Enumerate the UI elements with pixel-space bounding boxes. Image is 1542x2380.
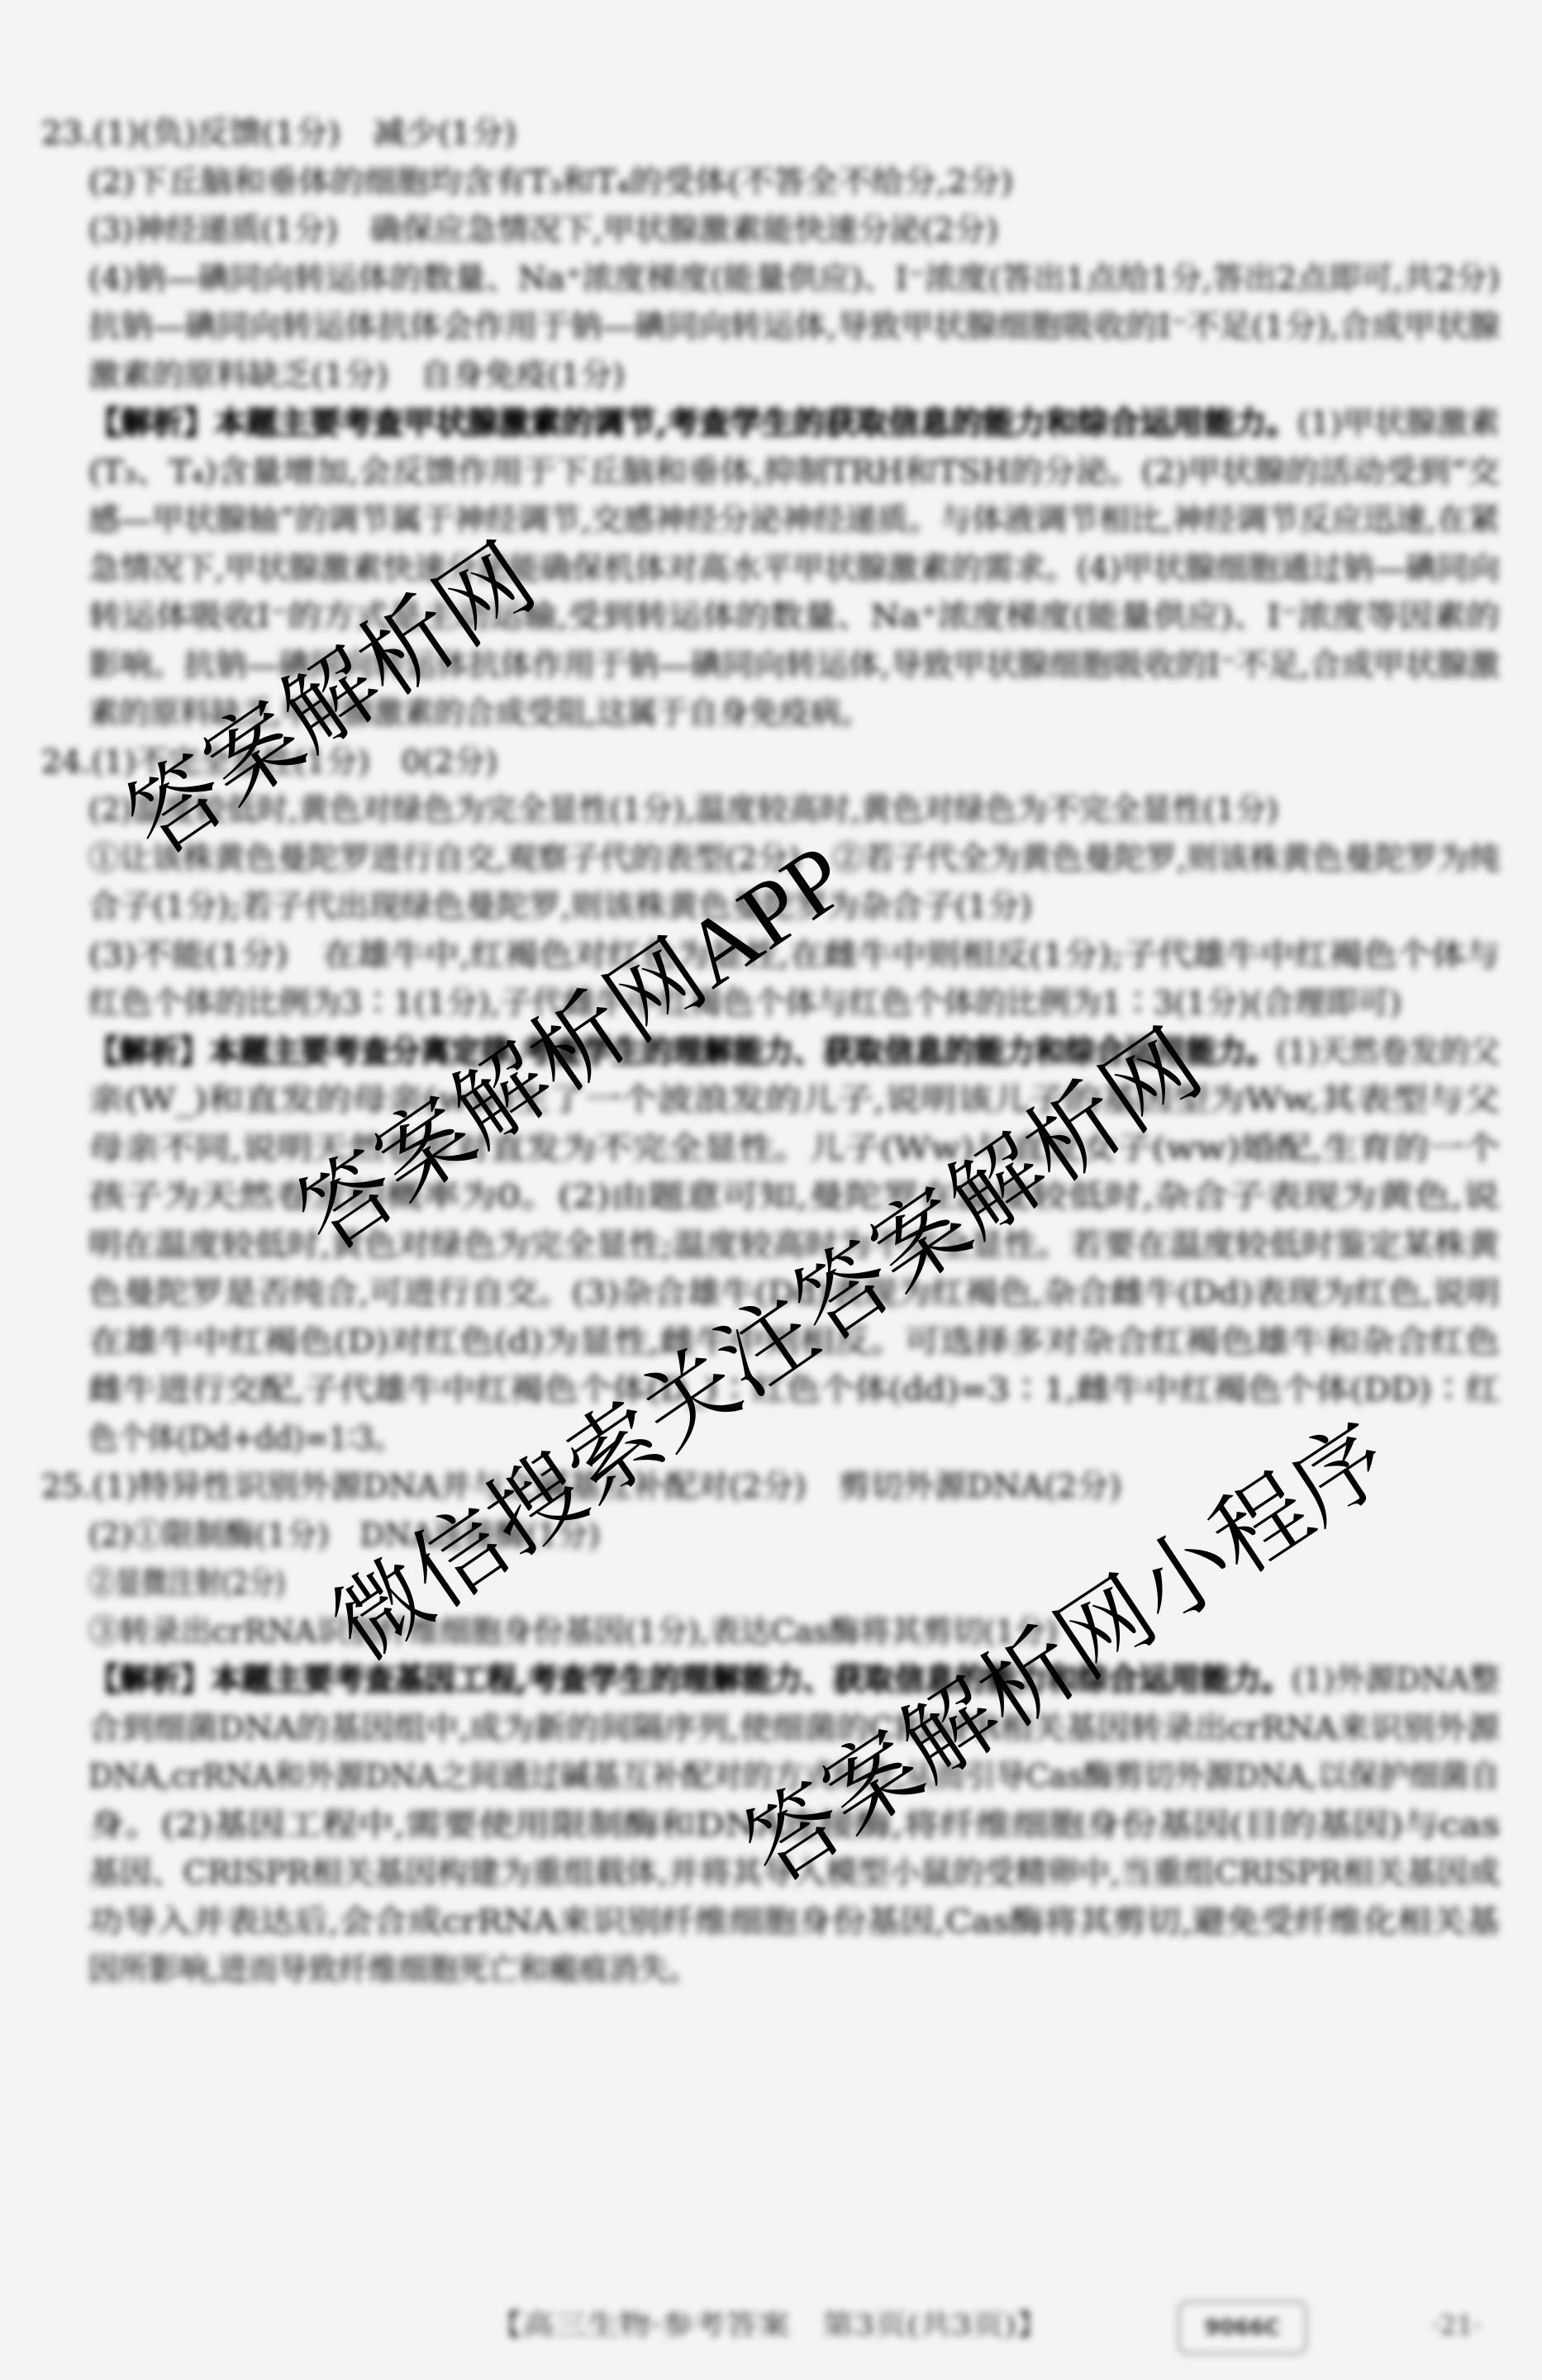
answer-text-line: ②显微注射(2分)	[88, 1559, 285, 1608]
analysis-line: 色个体(Dd+dd)=1∶3。	[88, 1414, 403, 1463]
analysis-text-line: (1)外源DNA整	[1292, 1661, 1500, 1698]
page-number: ·21·	[1417, 2302, 1496, 2349]
analysis-line: 急情况下,甲状腺激素快速分泌能确保机体对高水平甲状腺激素的需求。(4)甲状腺细胞…	[88, 544, 1500, 593]
analysis-text: 【解析】本题主要考查分离定律,考查学生的理解能力、获取信息的能力和综合运用能力。…	[88, 1028, 1500, 1076]
analysis-line: 合到细菌DNA的基因组中,成为新的间隔序列,使细菌的CRISPR相关基因转录出c…	[88, 1704, 1500, 1753]
document-page: 23.(1)(负)反馈(1分) 减少(1分) (2)下丘脑和垂体的细胞均含有T₃…	[0, 0, 1542, 2380]
answer-text-line: (4)钠—碘同向转运体的数量、Na⁺浓度梯度(能量供应)、I⁻浓度(答出1点给1…	[88, 254, 1500, 303]
analysis-text-line: 母亲不同,说明天然卷发对直发为不完全显性。儿子(Ww)与直发女子(ww)婚配,生…	[88, 1124, 1500, 1173]
answer-line: 抗钠—碘同向转运体抗体会作用于钠—碘同向转运体,导致甲状腺细胞吸收的I⁻不足(1…	[88, 302, 1500, 351]
analysis-text: 【解析】本题主要考查基因工程,考查学生的理解能力、获取信息的能力和综合运用能力。…	[88, 1656, 1500, 1704]
analysis-text-line: (1)甲状腺激素	[1297, 405, 1500, 441]
answer-text-line: ③转录出crRNA识别纤维细胞身份基因(1分),表达Cas酶将其剪切(1分)	[88, 1608, 1058, 1656]
analysis-line: 母亲不同,说明天然卷发对直发为不完全显性。儿子(Ww)与直发女子(ww)婚配,生…	[88, 1124, 1500, 1173]
answer-text: 23.(1)(负)反馈(1分) 减少(1分) (2)下丘脑和垂体的细胞均含有T₃…	[0, 109, 1542, 1994]
analysis-text-line: 亲(W_)和直发的母亲(ww)生了一个波浪发的儿子,说明该儿子的基因型为Ww,其…	[88, 1076, 1500, 1124]
answer-text-line: 抗钠—碘同向转运体抗体会作用于钠—碘同向转运体,导致甲状腺细胞吸收的I⁻不足(1…	[88, 302, 1500, 351]
answer-text-line: (3)神经递质(1分) 确保应急情况下,甲状腺激素能快速分泌(2分)	[88, 206, 998, 254]
footer-title: 【高三生物·参考答案 第3页(共3页)】	[490, 2302, 1049, 2349]
answer-text-line: 激素的原料缺乏(1分) 自身免疫(1分)	[88, 351, 625, 400]
analysis-line: 功导入并表达后,会合成crRNA来识别纤维细胞身份基因,Cas酶将其剪切,避免受…	[88, 1898, 1500, 1946]
analysis-text-line: (T₃、T₄)含量增加,会反馈作用于下丘脑和垂体,抑制TRH和TSH的分泌。(2…	[88, 448, 1500, 496]
answer-line: 23.(1)(负)反馈(1分) 减少(1分)	[41, 109, 516, 158]
analysis-line: 因所影响,进而导致纤维细胞死亡和瘢痕消失。	[88, 1945, 698, 1994]
answer-line: ②显微注射(2分)	[88, 1559, 285, 1608]
answer-text-line: 合子(1分);若子代出现绿色曼陀罗,则该株黄色曼陀罗为杂合子(1分)	[88, 882, 1032, 931]
analysis-text-line: 色个体(Dd+dd)=1∶3。	[88, 1414, 403, 1463]
question-23-heading: 23.(1)(负)反馈(1分) 减少(1分)	[41, 109, 516, 158]
analysis-line: 明在温度较低时,黄色对绿色为完全显性;温度较高时为不完全显性。若要在温度较低时鉴…	[88, 1221, 1500, 1270]
analysis-text-line: (1)天然卷发的父	[1276, 1033, 1500, 1070]
answer-line: (2)下丘脑和垂体的细胞均含有T₃和T₄的受体(不答全不给分,2分)	[88, 158, 1013, 207]
analysis-text: 【解析】本题主要考查甲状腺激素的调节,考查学生的获取信息的能力和综合运用能力。(…	[88, 399, 1500, 448]
analysis-line: (T₃、T₄)含量增加,会反馈作用于下丘脑和垂体,抑制TRH和TSH的分泌。(2…	[88, 448, 1500, 496]
analysis-line: 【解析】本题主要考查分离定律,考查学生的理解能力、获取信息的能力和综合运用能力。…	[88, 1028, 1500, 1076]
exam-code-text: 9066C	[1205, 2316, 1280, 2340]
analysis-text-line: 明在温度较低时,黄色对绿色为完全显性;温度较高时为不完全显性。若要在温度较低时鉴…	[88, 1221, 1500, 1270]
analysis-line: 感—甲状腺轴”的调节属于神经调节,交感神经分泌神经递质。与体液调节相比,神经调节…	[88, 496, 1500, 544]
answer-line: 合子(1分);若子代出现绿色曼陀罗,则该株黄色曼陀罗为杂合子(1分)	[88, 882, 1032, 931]
answer-line: (4)钠—碘同向转运体的数量、Na⁺浓度梯度(能量供应)、I⁻浓度(答出1点给1…	[88, 254, 1500, 303]
answer-text-line: (2)下丘脑和垂体的细胞均含有T₃和T₄的受体(不答全不给分,2分)	[88, 158, 1013, 207]
analysis-line: 【解析】本题主要考查甲状腺激素的调节,考查学生的获取信息的能力和综合运用能力。(…	[88, 399, 1500, 448]
blurred-document: 23.(1)(负)反馈(1分) 减少(1分) (2)下丘脑和垂体的细胞均含有T₃…	[0, 0, 1542, 2380]
analysis-text-line: 转运体吸收I⁻的方式是主动运输,受到转运体的数量、Na⁺浓度梯度(能量供应)、I…	[88, 592, 1500, 641]
analysis-label: 【解析】本题主要考查甲状腺激素的调节,考查学生的获取信息的能力和综合运用能力。	[88, 404, 1297, 441]
answer-line: ③转录出crRNA识别纤维细胞身份基因(1分),表达Cas酶将其剪切(1分)	[88, 1608, 1058, 1656]
analysis-line: 亲(W_)和直发的母亲(ww)生了一个波浪发的儿子,说明该儿子的基因型为Ww,其…	[88, 1076, 1500, 1124]
analysis-line: 【解析】本题主要考查基因工程,考查学生的理解能力、获取信息的能力和综合运用能力。…	[88, 1656, 1500, 1704]
analysis-text-line: 感—甲状腺轴”的调节属于神经调节,交感神经分泌神经递质。与体液调节相比,神经调节…	[88, 496, 1500, 544]
answer-line: 激素的原料缺乏(1分) 自身免疫(1分)	[88, 351, 625, 400]
footer-title-text: 【高三生物·参考答案 第3页(共3页)】	[490, 2302, 1049, 2349]
answer-line: (3)神经递质(1分) 确保应急情况下,甲状腺激素能快速分泌(2分)	[88, 206, 998, 254]
exam-code-badge: 9066C	[1178, 2301, 1307, 2354]
analysis-line: 转运体吸收I⁻的方式是主动运输,受到转运体的数量、Na⁺浓度梯度(能量供应)、I…	[88, 592, 1500, 641]
analysis-text-line: 功导入并表达后,会合成crRNA来识别纤维细胞身份基因,Cas酶将其剪切,避免受…	[88, 1898, 1500, 1946]
analysis-text-line: 合到细菌DNA的基因组中,成为新的间隔序列,使细菌的CRISPR相关基因转录出c…	[88, 1704, 1500, 1753]
analysis-text-line: 因所影响,进而导致纤维细胞死亡和瘢痕消失。	[88, 1945, 698, 1994]
analysis-text-line: 急情况下,甲状腺激素快速分泌能确保机体对高水平甲状腺激素的需求。(4)甲状腺细胞…	[88, 544, 1500, 593]
